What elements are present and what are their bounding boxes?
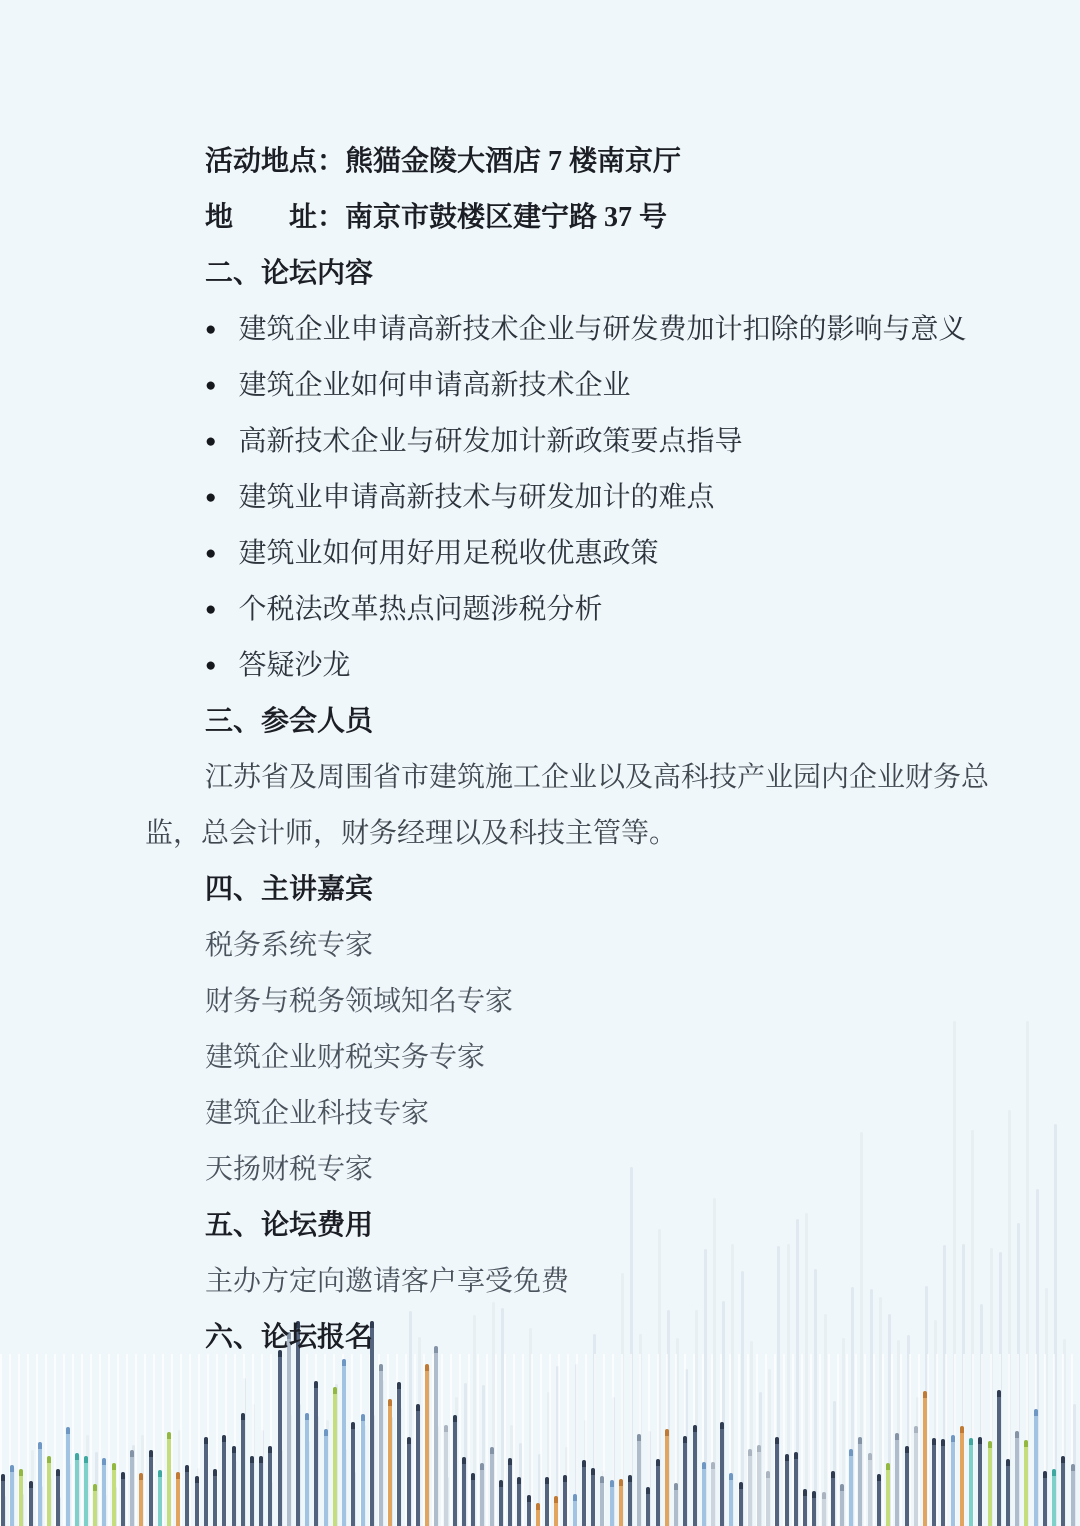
decorative-bar	[833, 1401, 836, 1526]
decorative-bar	[591, 1468, 595, 1526]
decorative-bar	[215, 1479, 218, 1526]
decorative-bar	[185, 1465, 189, 1526]
decorative-bar	[584, 1420, 587, 1526]
decorative-bar	[58, 1497, 61, 1526]
decorative-bar	[988, 1441, 992, 1526]
decorative-bar	[342, 1359, 346, 1526]
decorative-bar	[416, 1404, 420, 1526]
decorative-bar	[333, 1387, 337, 1526]
decorative-bar	[397, 1382, 401, 1526]
decorative-bar	[510, 1425, 513, 1526]
decorative-bar	[1026, 1021, 1029, 1526]
decorative-bar	[280, 1450, 283, 1526]
bullet-icon: ●	[205, 655, 216, 676]
decorative-bar	[720, 1422, 724, 1526]
decorative-bar	[565, 1447, 568, 1526]
decorative-bar	[444, 1425, 448, 1526]
decorative-bar	[648, 1431, 651, 1526]
decorative-bar	[1006, 1459, 1010, 1526]
decorative-bar	[702, 1462, 706, 1526]
decorative-bar	[545, 1477, 549, 1526]
decorative-bar	[425, 1364, 429, 1526]
decorative-bar	[141, 1435, 144, 1526]
decorative-bar	[517, 1477, 521, 1526]
decorative-bar	[619, 1479, 623, 1526]
decorative-bar	[951, 1435, 955, 1526]
decorative-bar	[259, 1456, 263, 1526]
decorative-bar	[178, 1430, 181, 1526]
decorative-bar	[399, 1408, 402, 1526]
decorative-bar	[1045, 1288, 1048, 1526]
decorative-bar	[750, 1341, 753, 1526]
decorative-bar	[77, 1455, 80, 1526]
decorative-bar	[1034, 1409, 1038, 1526]
decorative-bar	[999, 1252, 1002, 1526]
decorative-bar	[169, 1469, 172, 1526]
decorative-bar	[612, 1397, 615, 1526]
forum-content-item: ● 高新技术企业与研发加计新政策要点指导	[145, 414, 997, 470]
decorative-bar	[31, 1450, 34, 1526]
decorative-bar	[167, 1432, 171, 1526]
decorative-bar	[112, 1463, 116, 1526]
decorative-bar	[842, 1338, 845, 1526]
decorative-bar	[427, 1367, 430, 1526]
decorative-bar	[446, 1477, 449, 1526]
decorative-bar	[1017, 1223, 1020, 1526]
decorative-bar	[86, 1435, 89, 1526]
decorative-bar	[95, 1452, 98, 1526]
bullet-icon: ●	[205, 319, 216, 340]
decorative-bar	[3, 1496, 6, 1526]
decorative-bar	[324, 1429, 328, 1526]
decorative-bar	[897, 1340, 900, 1526]
decorative-bar	[683, 1436, 687, 1526]
decorative-bar	[213, 1469, 217, 1526]
decorative-bar	[508, 1458, 512, 1526]
venue-line: 活动地点：熊猫金陵大酒店 7 楼南京厅	[145, 134, 997, 190]
forum-content-item-text: 建筑业如何用好用足税收优惠政策	[238, 538, 658, 569]
decorative-bar	[582, 1460, 586, 1526]
decorative-bar	[1036, 1189, 1039, 1526]
decorative-bar	[1024, 1440, 1028, 1526]
decorative-bar	[195, 1476, 199, 1526]
decorative-bar	[93, 1484, 97, 1526]
decorative-bar	[490, 1447, 494, 1526]
decorative-bar	[252, 1404, 255, 1526]
decorative-bar	[453, 1415, 457, 1526]
decorative-bar	[139, 1473, 143, 1526]
decorative-bar	[547, 1392, 550, 1526]
decorative-bar	[149, 1450, 153, 1526]
section-title-speakers: 四、主讲嘉宾	[145, 862, 997, 918]
decorative-bar	[858, 1437, 862, 1526]
decorative-bar	[556, 1366, 559, 1526]
decorative-bar	[711, 1462, 715, 1526]
decorative-bar	[176, 1472, 180, 1526]
decorative-bar	[960, 1426, 964, 1526]
section-title-forum-content: 二、论坛内容	[145, 246, 997, 302]
decorative-bar	[628, 1475, 632, 1526]
stripe-pattern	[0, 1354, 1080, 1526]
decorative-bar	[298, 1404, 301, 1526]
decorative-bar	[114, 1487, 117, 1526]
decorative-bar	[132, 1445, 135, 1526]
decorative-bar	[916, 1397, 919, 1526]
decorative-bar	[197, 1468, 200, 1526]
section-title-attendees: 三、参会人员	[145, 694, 997, 750]
attendees-paragraph: 江苏省及周围省市建筑施工企业以及高科技产业园内企业财务总监，总会计师，财务经理以…	[145, 750, 997, 862]
decorative-bar	[895, 1433, 899, 1526]
decorative-bar	[748, 1449, 752, 1526]
decorative-bar	[729, 1473, 733, 1526]
decorative-bar	[775, 1437, 779, 1526]
decorative-bar	[84, 1456, 88, 1526]
decorative-bar	[759, 1392, 762, 1526]
decorative-bar	[637, 1434, 641, 1526]
decorative-bar	[573, 1494, 577, 1526]
decorative-bar	[803, 1489, 807, 1526]
decorative-bar	[978, 1437, 982, 1526]
decorative-bar	[923, 1391, 927, 1526]
address-line: 地 址：南京市鼓楼区建宁路 37 号	[145, 190, 997, 246]
decorative-bar	[812, 1491, 816, 1526]
decorative-bar	[250, 1456, 254, 1526]
decorative-bar	[766, 1471, 770, 1526]
section-title-signup: 六、论坛报名	[145, 1310, 997, 1366]
decorative-bar	[685, 1369, 688, 1526]
decorative-bar	[121, 1472, 125, 1526]
bullet-icon: ●	[205, 599, 216, 620]
decorative-bar	[243, 1378, 246, 1526]
decorative-bar	[40, 1486, 43, 1526]
decorative-bar	[47, 1456, 51, 1526]
decorative-bar	[379, 1364, 383, 1526]
decorative-bar	[130, 1450, 134, 1526]
decorative-bar	[1043, 1471, 1047, 1526]
bullet-icon: ●	[205, 431, 216, 452]
decorative-bar	[455, 1397, 458, 1526]
decorative-bar	[536, 1503, 540, 1526]
speaker-line: 建筑企业财税实务专家	[145, 1030, 997, 1086]
decorative-bar	[1015, 1431, 1019, 1526]
decorative-bar	[307, 1441, 310, 1526]
decorative-bar	[232, 1446, 236, 1526]
decorative-bar	[314, 1381, 318, 1526]
decorative-bar	[768, 1369, 771, 1526]
bullet-icon: ●	[205, 543, 216, 564]
decorative-bar	[222, 1435, 226, 1526]
decorative-bar	[234, 1461, 237, 1526]
decorative-bar	[351, 1422, 355, 1526]
decorative-bar	[886, 1463, 890, 1526]
bullet-icon: ●	[205, 375, 216, 396]
decorative-bar	[610, 1480, 614, 1526]
decorative-bar	[158, 1470, 162, 1526]
decorative-bar	[482, 1385, 485, 1526]
decorative-bar	[434, 1346, 438, 1526]
decorative-bar	[563, 1475, 567, 1526]
decorative-bar	[1008, 1110, 1011, 1526]
decorative-bar	[1073, 1404, 1076, 1526]
decorative-bar	[554, 1496, 558, 1526]
decorative-bar	[19, 1469, 23, 1526]
decorative-bar	[344, 1449, 347, 1526]
document-body: 活动地点：熊猫金陵大酒店 7 楼南京厅 地 址：南京市鼓楼区建宁路 37 号 二…	[145, 134, 997, 1366]
decorative-bar	[997, 1390, 1001, 1526]
forum-content-item-text: 高新技术企业与研发加计新政策要点指导	[238, 426, 742, 457]
decorative-bar	[600, 1476, 604, 1526]
decorative-bar	[676, 1338, 679, 1526]
decorative-bar	[388, 1399, 392, 1526]
decorative-bar	[905, 1446, 909, 1526]
decorative-bar	[123, 1475, 126, 1526]
decorative-bar	[326, 1420, 329, 1526]
decorative-bar	[204, 1437, 208, 1526]
decorative-bar	[941, 1439, 945, 1526]
decorative-bar	[462, 1457, 466, 1526]
decorative-bar	[602, 1471, 605, 1526]
decorative-bar	[75, 1453, 79, 1526]
decorative-bar	[353, 1472, 356, 1526]
forum-content-item: ● 建筑业申请高新技术与研发加计的难点	[145, 470, 997, 526]
decorative-bar	[335, 1384, 338, 1526]
decorative-bar	[831, 1471, 835, 1526]
decorative-bar	[381, 1380, 384, 1526]
decorative-bar	[868, 1453, 872, 1526]
decorative-bar	[187, 1489, 190, 1526]
decorative-bar	[104, 1495, 107, 1526]
decorative-bar	[757, 1445, 761, 1526]
decorative-bar	[849, 1449, 853, 1526]
speaker-line: 天扬财税专家	[145, 1142, 997, 1198]
decorative-bar	[363, 1425, 366, 1526]
decorative-bar	[656, 1459, 660, 1526]
decorative-bar	[68, 1464, 71, 1526]
decorative-bar	[785, 1454, 789, 1526]
decorative-bar	[270, 1482, 273, 1526]
decorative-bar	[21, 1494, 24, 1526]
decorative-bar	[527, 1495, 531, 1526]
decorative-bar	[102, 1458, 106, 1526]
decorative-bar	[56, 1469, 60, 1526]
decorative-bar	[261, 1430, 264, 1526]
decorative-bar	[794, 1452, 798, 1526]
section-title-fee: 五、论坛费用	[145, 1198, 997, 1254]
decorative-bar	[1052, 1469, 1056, 1526]
speaker-line: 建筑企业科技专家	[145, 1086, 997, 1142]
speaker-line: 财务与税务领域知名专家	[145, 974, 997, 1030]
decorative-bar	[436, 1426, 439, 1526]
decorative-bar	[305, 1413, 309, 1526]
decorative-bar	[372, 1415, 375, 1526]
decorative-bar	[877, 1474, 881, 1526]
decorative-bar	[151, 1450, 154, 1526]
decorative-bar	[316, 1416, 319, 1526]
decorative-bar	[646, 1487, 650, 1526]
forum-content-item: ● 个税法改革热点问题涉税分析	[145, 582, 997, 638]
decorative-bar	[407, 1437, 411, 1526]
decorative-bar	[519, 1443, 522, 1526]
decorative-bar	[538, 1454, 541, 1526]
decorative-bar	[1063, 1339, 1066, 1526]
decorative-bar	[822, 1492, 826, 1526]
decorative-bar	[464, 1383, 467, 1526]
decorative-bar	[739, 1482, 743, 1526]
decorative-bar	[575, 1364, 578, 1526]
forum-content-item-text: 个税法改革热点问题涉税分析	[238, 594, 602, 625]
decorative-bar	[499, 1480, 503, 1526]
decorative-bar	[29, 1481, 33, 1526]
decorative-bar	[1061, 1456, 1065, 1526]
decorative-bar	[206, 1455, 209, 1526]
decorative-bar	[224, 1438, 227, 1526]
decorative-bar	[674, 1483, 678, 1526]
forum-content-item-text: 建筑业申请高新技术与研发加计的难点	[238, 482, 714, 513]
forum-content-item: ● 建筑企业如何申请高新技术企业	[145, 358, 997, 414]
forum-content-item-text: 答疑沙龙	[238, 650, 350, 681]
decorative-bar	[268, 1446, 272, 1526]
decorative-bar	[914, 1426, 918, 1526]
decorative-bar	[160, 1477, 163, 1526]
forum-content-item: ● 建筑企业申请高新技术企业与研发费加计扣除的影响与意义	[145, 302, 997, 358]
speaker-line: 税务系统专家	[145, 918, 997, 974]
decorative-bar	[361, 1414, 365, 1526]
decorative-bar	[1071, 1464, 1075, 1526]
forum-content-item: ● 答疑沙龙	[145, 638, 997, 694]
forum-content-item: ● 建筑业如何用好用足税收优惠政策	[145, 526, 997, 582]
decorative-bar	[289, 1415, 292, 1526]
decorative-bar	[1, 1474, 5, 1526]
decorative-bar	[471, 1473, 475, 1526]
fee-line: 主办方定向邀请客户享受免费	[145, 1254, 997, 1310]
decorative-bar	[665, 1429, 669, 1526]
decorative-bar	[390, 1417, 393, 1526]
decorative-bar	[278, 1350, 282, 1526]
decorative-bar	[1054, 1124, 1057, 1526]
decorative-bar	[932, 1438, 936, 1526]
forum-content-item-text: 建筑企业申请高新技术企业与研发费加计扣除的影响与意义	[238, 314, 966, 345]
forum-content-item-text: 建筑企业如何申请高新技术企业	[238, 370, 630, 401]
decorative-bar	[49, 1479, 52, 1526]
decorative-bar	[480, 1463, 484, 1526]
decorative-bar	[10, 1465, 14, 1526]
decorative-bar	[66, 1427, 70, 1526]
decorative-bar	[38, 1442, 42, 1526]
decorative-bar	[840, 1484, 844, 1526]
decorative-bar	[969, 1438, 973, 1526]
bullet-icon: ●	[205, 487, 216, 508]
decorative-bar	[241, 1413, 245, 1526]
decorative-bar	[12, 1468, 15, 1526]
decorative-bar	[693, 1425, 697, 1526]
